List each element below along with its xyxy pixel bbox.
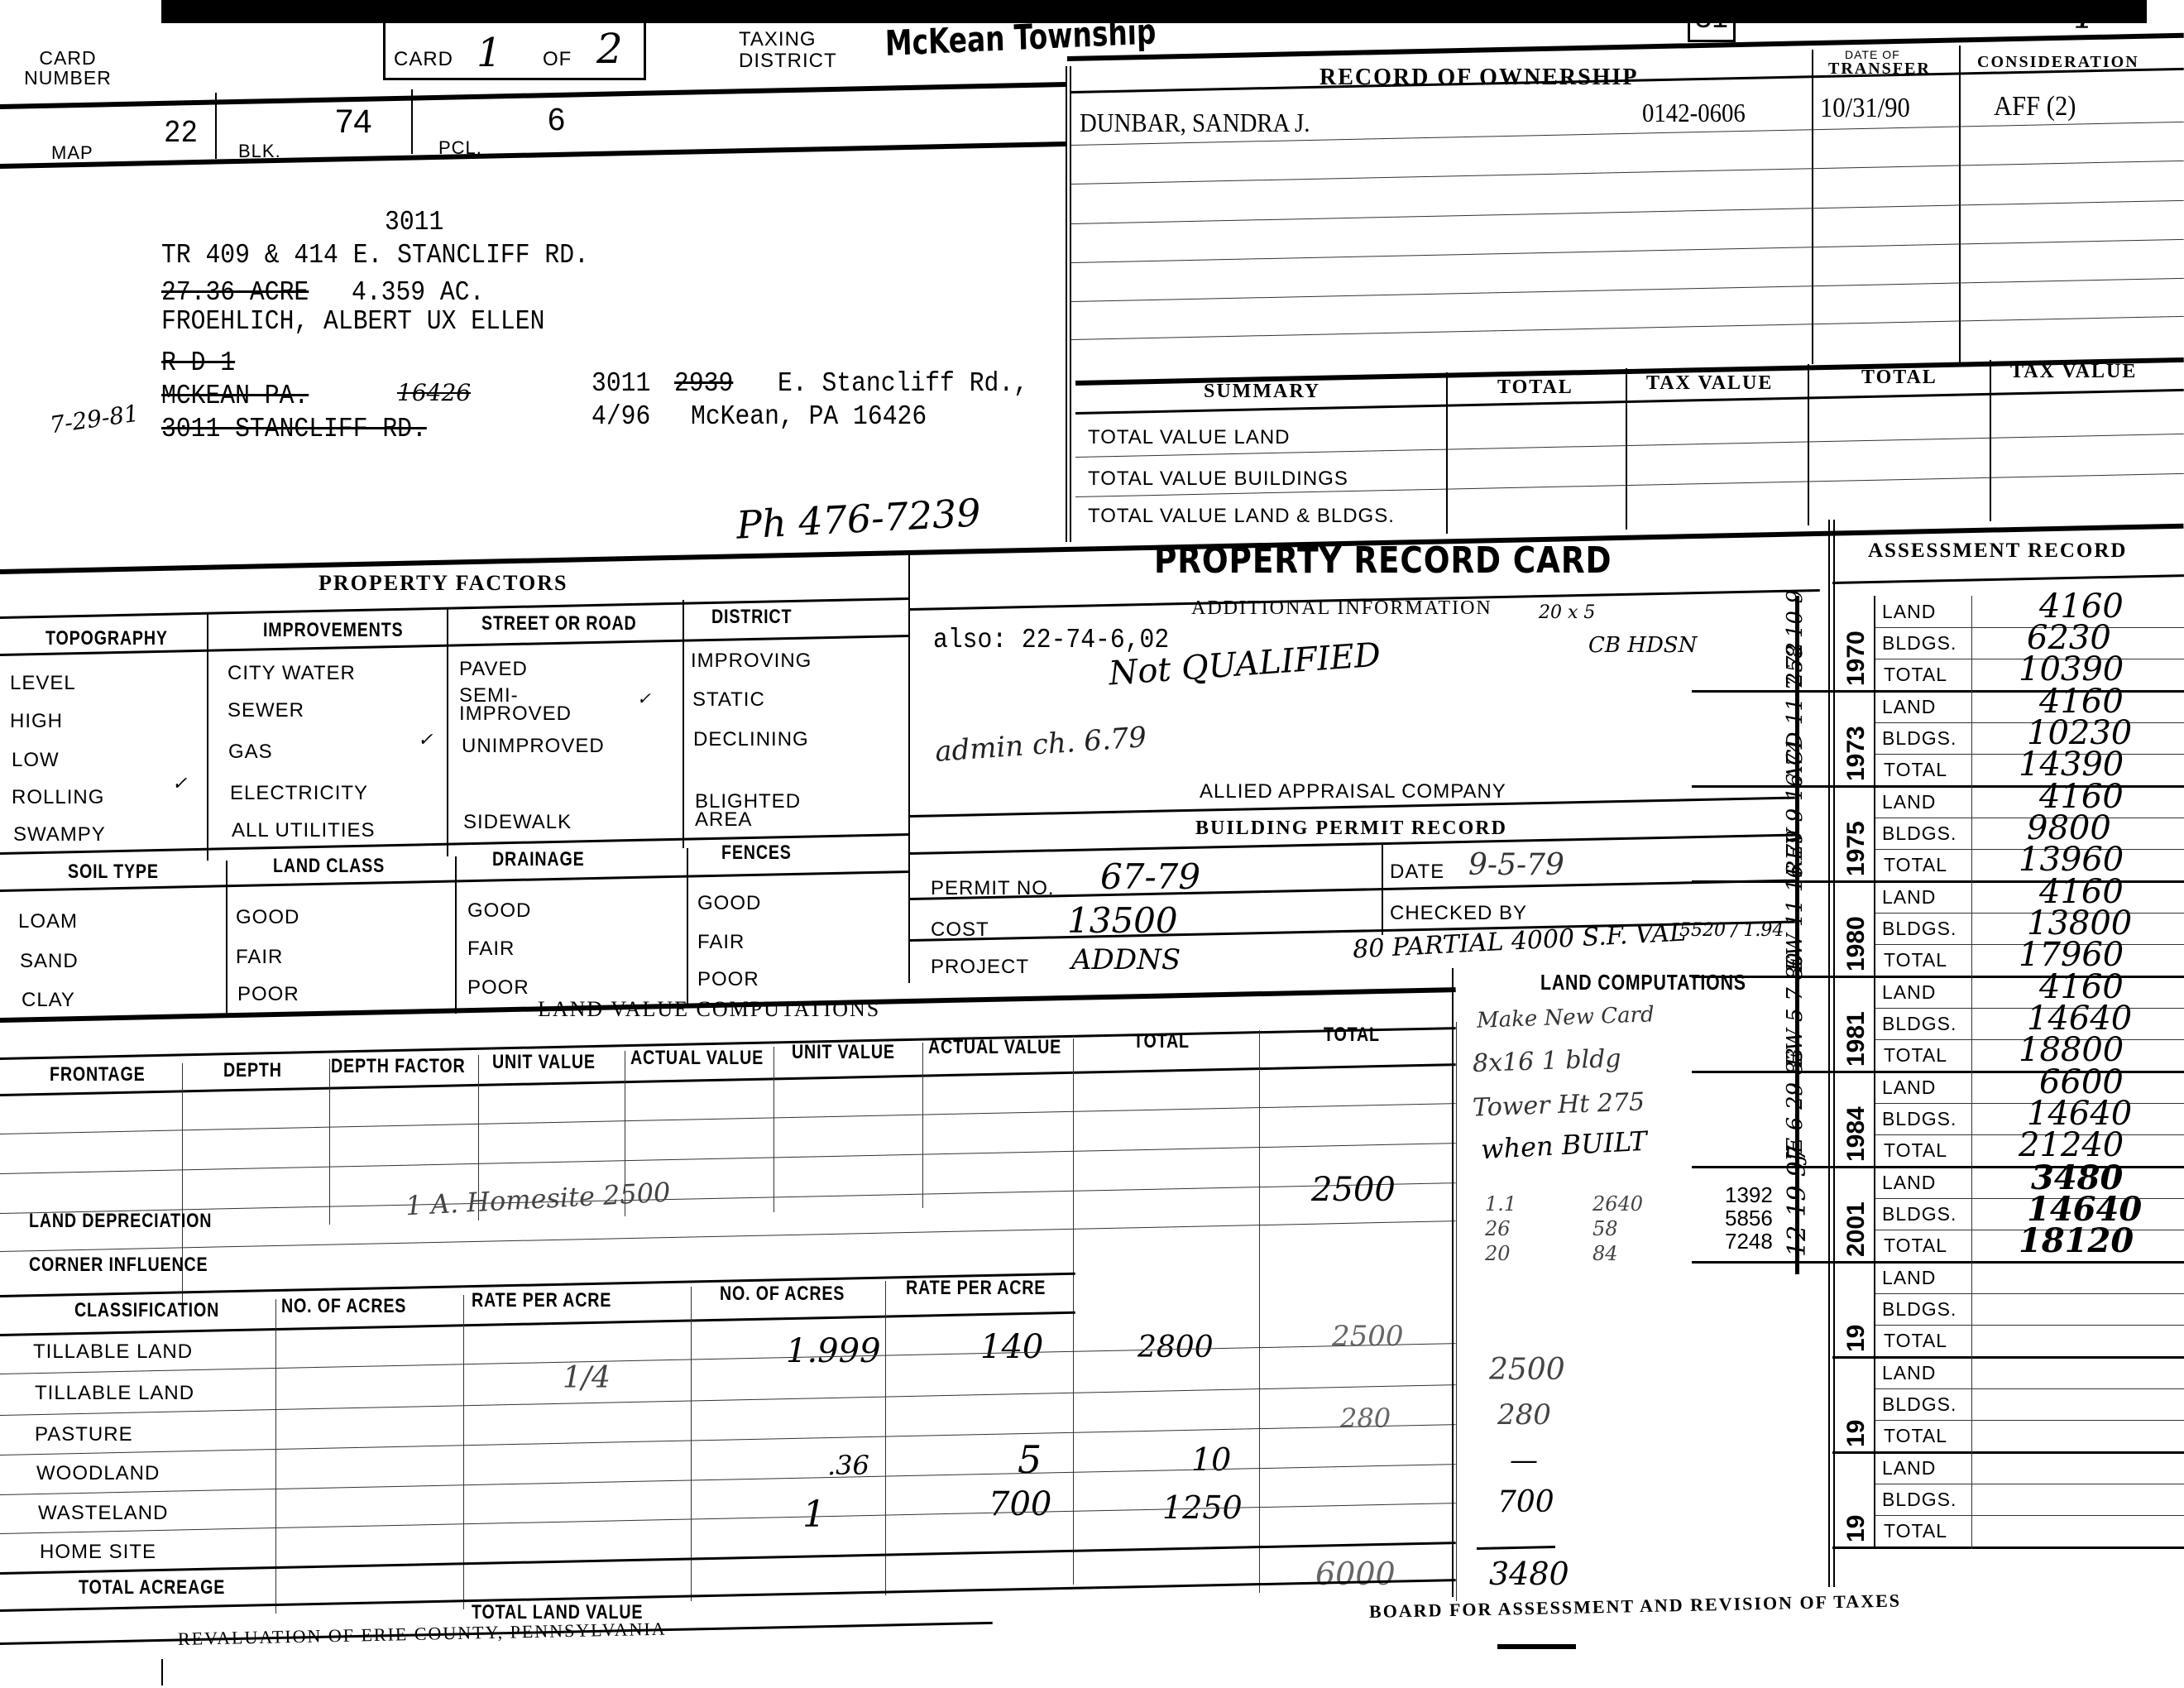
divider — [0, 141, 1067, 169]
lv-header-frontage: FRONTAGE — [50, 1063, 146, 1086]
divider — [215, 93, 217, 159]
checked-by-label: CHECKED BY — [1390, 902, 1527, 925]
land-depreciation-label: LAND DEPRECIATION — [29, 1210, 212, 1233]
of-label: OF — [543, 48, 572, 71]
new-address-street: E. Stancliff Rd., — [778, 368, 1028, 399]
divider — [1971, 1357, 1972, 1454]
topo-rolling: ROLLING — [12, 786, 104, 809]
assessment-year: 1970 — [1842, 631, 1870, 686]
semi-improved-checkmark[interactable]: ✓ — [637, 688, 651, 708]
depreciation-note: 1 A. Homesite 2500 — [405, 1177, 671, 1222]
divider — [1971, 596, 1972, 693]
divider — [1874, 1452, 1875, 1549]
total-acreage-value: 6000 — [1315, 1556, 1396, 1592]
assessment-year: 1980 — [1842, 916, 1870, 971]
land-comp-total: 3480 — [1489, 1556, 1569, 1592]
lv-header-unit-value-2: UNIT VALUE — [792, 1041, 895, 1064]
rate-value: 700 — [989, 1485, 1051, 1523]
total2-value: 2500 — [1332, 1320, 1404, 1353]
soil-sand: SAND — [20, 950, 79, 973]
acre-header-acres-2: NO. OF ACRES — [720, 1283, 845, 1306]
row-line — [1071, 161, 2184, 185]
total-label: TOTAL — [1884, 1520, 1947, 1542]
info-note-1: 20 x 5 — [1539, 602, 1595, 623]
total-label: TOTAL — [1884, 1139, 1947, 1162]
land-label: LAND — [1882, 791, 1936, 813]
assessment-block[interactable]: REV 9-16-74 1975 LAND BLDGS. TOTAL 4160 … — [1692, 786, 2184, 883]
divider — [908, 553, 910, 983]
row-line — [1875, 1484, 2184, 1484]
new-address-struck: 2939 — [674, 368, 733, 399]
total-label: TOTAL — [1884, 664, 1947, 686]
assessment-year: 1984 — [1842, 1106, 1870, 1162]
bldgs-label: BLDGS. — [1882, 1203, 1956, 1225]
also-parcel: also: 22-74-6,02 — [933, 625, 1169, 655]
row-line — [1875, 1515, 2184, 1516]
divider — [1971, 976, 1972, 1073]
improvements-header: IMPROVEMENTS — [263, 619, 403, 642]
soil-loam: LOAM — [18, 910, 78, 933]
land-class-good: GOOD — [236, 906, 299, 929]
acre-header-rate-2: RATE PER ACRE — [906, 1277, 1046, 1300]
land-class-poor: POOR — [237, 983, 299, 1006]
row-line — [1071, 239, 2184, 263]
land-label: LAND — [1882, 1172, 1936, 1194]
pcl-value[interactable]: 6 — [548, 103, 565, 138]
bldgs-label: BLDGS. — [1882, 822, 1956, 845]
row-line — [0, 1103, 1456, 1134]
divider — [1070, 66, 1071, 542]
land-class-fair: FAIR — [236, 946, 283, 969]
street-sidewalk: SIDEWALK — [463, 811, 572, 834]
corner-influence-label: CORNER INFLUENCE — [29, 1254, 208, 1277]
row-label: TILLABLE LAND — [33, 1340, 193, 1364]
divider — [226, 861, 227, 1018]
footer-revaluation: REVALUATION OF ERIE COUNTY, PENNSYLVANIA — [178, 1618, 667, 1650]
bldgs-label: BLDGS. — [1882, 918, 1956, 940]
rolling-checkmark[interactable]: ✓ — [172, 774, 187, 794]
drainage-poor: POOR — [467, 976, 529, 1000]
total-label: TOTAL — [1884, 1425, 1947, 1447]
divider — [1456, 1022, 1457, 1601]
divider — [1874, 1167, 1875, 1264]
assessment-block[interactable]: 12-19-97 2001 LAND BLDGS. TOTAL 3480 146… — [1692, 1167, 2184, 1264]
new-address-city: McKean, PA 16426 — [691, 401, 927, 432]
summary-title: SUMMARY — [1204, 381, 1320, 403]
divider — [1812, 50, 1813, 364]
divider — [1874, 1357, 1875, 1454]
total-label: TOTAL — [1884, 854, 1947, 876]
land-label: LAND — [1882, 1267, 1936, 1289]
consideration-cell: AFF (2) — [1994, 91, 2076, 122]
bldgs-label: BLDGS. — [1882, 727, 1956, 750]
taxing-district-label: TAXING DISTRICT — [739, 29, 846, 72]
acre-row-tillable-2[interactable]: TILLABLE LAND 1/4 — [0, 1382, 1456, 1423]
row-label: WASTELAND — [38, 1502, 168, 1525]
divider — [922, 1043, 923, 1208]
land-comp-line-3: Tower Ht 275 — [1472, 1087, 1645, 1122]
divider — [1452, 968, 1454, 1597]
soil-clay: CLAY — [22, 989, 75, 1012]
land-value-title: LAND VALUE COMPUTATIONS — [538, 997, 880, 1022]
old-zip: 16426 — [397, 379, 471, 406]
row-label: HOME SITE — [40, 1541, 156, 1564]
divider — [1795, 596, 1799, 1274]
divider — [1874, 1072, 1875, 1168]
assessment-block[interactable]: ACD 11-7-72 1973 LAND BLDGS. TOTAL 4160 … — [1692, 691, 2184, 788]
fences-header: FENCES — [721, 842, 792, 865]
divider — [1832, 574, 2184, 584]
divider — [207, 612, 208, 861]
assessment-block[interactable]: 258 10-9 1970 LAND BLDGS. TOTAL 4160 623… — [1692, 596, 2184, 693]
district-blighted: BLIGHTED AREA — [695, 793, 860, 829]
card-number-value[interactable]: 1 — [477, 30, 502, 76]
land-label: LAND — [1882, 696, 1936, 718]
summary-row-buildings: TOTAL VALUE BUILDINGS — [1088, 468, 1348, 491]
assessment-year: 2001 — [1842, 1201, 1870, 1257]
rate-value: 1/4 — [563, 1361, 611, 1395]
divider — [1874, 786, 1875, 883]
divider — [687, 848, 688, 1005]
total2-value: 280 — [1340, 1403, 1391, 1434]
topo-low: LOW — [12, 749, 60, 772]
district-improving: IMPROVING — [691, 650, 812, 673]
land-label: LAND — [1882, 601, 1936, 623]
block-divider — [1832, 1547, 2184, 1549]
total-label: TOTAL — [1884, 759, 1947, 781]
row-label: TILLABLE LAND — [35, 1382, 194, 1405]
total-label: TOTAL — [1884, 1330, 1947, 1352]
row-line — [1875, 1388, 2184, 1389]
assessment-block[interactable]: JE 6-29-83 1984 LAND BLDGS. TOTAL 6600 1… — [1692, 1072, 2184, 1168]
property-factors-title: PROPERTY FACTORS — [318, 571, 568, 596]
new-address-number: 3011 — [591, 368, 650, 399]
assessment-year: 19 — [1842, 1325, 1870, 1352]
sum-line — [1477, 1546, 1555, 1550]
divider — [1971, 1072, 1972, 1168]
lv-header-total-1: TOTAL — [1133, 1030, 1190, 1053]
drainage-good: GOOD — [467, 899, 531, 923]
assessment-year: 1973 — [1842, 726, 1870, 781]
map-value[interactable]: 22 — [164, 116, 198, 151]
land-comp-val-4: 700 — [1497, 1485, 1554, 1519]
property-location: TR 409 & 414 E. STANCLIFF RD. — [161, 240, 589, 271]
summary-tax-2: TAX VALUE — [2010, 361, 2137, 383]
summary-tax-1: TAX VALUE — [1646, 372, 1773, 395]
row-line — [1071, 278, 2184, 302]
divider — [1808, 364, 1809, 525]
divider — [1971, 691, 1972, 788]
corner-mark: 4 — [2070, 0, 2093, 37]
summary-total-1: TOTAL — [1497, 376, 1573, 399]
lv-header-total-2: TOTAL — [1324, 1024, 1380, 1047]
topo-high: HIGH — [10, 710, 63, 733]
land-label: LAND — [1882, 1362, 1936, 1384]
bldgs-label: BLDGS. — [1882, 1298, 1956, 1321]
land-comp-line-2: 8x16 1 bldg — [1472, 1044, 1621, 1078]
drainage-fair: FAIR — [467, 938, 515, 961]
fences-fair: FAIR — [697, 931, 745, 954]
info-note-2: CB HDSN — [1588, 633, 1697, 658]
acre-header-acres-1: NO. OF ACRES — [281, 1295, 406, 1318]
divider — [411, 89, 413, 154]
permit-date-value[interactable]: 9-5-79 — [1468, 848, 1564, 882]
bldgs-label: BLDGS. — [1882, 632, 1956, 655]
land-comp-val-3: — — [1510, 1444, 1538, 1477]
street-semi-improved: SEMI-IMPROVED — [459, 687, 629, 723]
street-paved: PAVED — [459, 658, 528, 681]
divider — [1626, 368, 1627, 530]
project-label: PROJECT — [931, 956, 1029, 979]
row-line — [1071, 316, 2184, 340]
total-acreage-label: TOTAL ACREAGE — [79, 1576, 225, 1599]
summary-row-land-bldgs: TOTAL VALUE LAND & BLDGS. — [1088, 505, 1395, 528]
acre-header-classification: CLASSIFICATION — [74, 1299, 219, 1322]
lv-header-actual-value-1: ACTUAL VALUE — [630, 1047, 764, 1070]
summary-row-land: TOTAL VALUE LAND — [1088, 426, 1291, 449]
total-label: TOTAL — [1884, 949, 1947, 971]
owner-name: FROEHLICH, ALBERT UX ELLEN — [161, 306, 544, 337]
impr-electricity: ELECTRICITY — [230, 782, 368, 805]
divider — [1971, 1167, 1972, 1264]
pcl-label: PCL. — [438, 137, 482, 159]
gas-checkmark[interactable]: ✓ — [418, 730, 433, 750]
land-label: LAND — [1882, 1457, 1936, 1479]
bldgs-label: BLDGS. — [1882, 1393, 1956, 1416]
row-line — [1875, 1325, 2184, 1326]
divider — [1971, 881, 1972, 978]
rate-value: 140 — [980, 1328, 1043, 1366]
card-total-value[interactable]: 2 — [596, 25, 623, 73]
divider — [447, 608, 448, 856]
total-value: 18120 — [2019, 1221, 2134, 1260]
acres-value: 1.999 — [786, 1332, 881, 1370]
assessment-year: 1975 — [1842, 821, 1870, 876]
land-comp-calc-b: 26405884 — [1592, 1192, 1643, 1266]
divider — [161, 1659, 163, 1686]
rate-value: 5 — [1018, 1437, 1042, 1482]
old-address-2: MCKEAN PA. — [161, 381, 309, 411]
district-header: DISTRICT — [711, 606, 792, 629]
land-comp-line-1: Make New Card — [1477, 1002, 1655, 1033]
box-number: 31 — [1688, 0, 1736, 42]
row-line — [1875, 1293, 2184, 1294]
old-address-1: R D 1 — [161, 348, 235, 378]
assessment-year: 1981 — [1842, 1011, 1870, 1067]
bldgs-label: BLDGS. — [1882, 1013, 1956, 1035]
impr-gas: GAS — [228, 741, 273, 764]
assessment-block[interactable]: 19 LAND BLDGS. TOTAL — [1692, 1452, 2184, 1549]
acre-row-tillable-1[interactable]: TILLABLE LAND 1.999 140 2800 2500 — [0, 1340, 1456, 1382]
divider — [682, 600, 684, 848]
lv-header-unit-value-1: UNIT VALUE — [492, 1051, 596, 1074]
assessment-year: 19 — [1842, 1420, 1870, 1447]
old-address-3: 3011 STANCLIFF RD. — [161, 414, 427, 444]
row-label: WOODLAND — [36, 1462, 160, 1485]
blk-value[interactable]: 74 — [335, 103, 372, 141]
owner-name-cell: DUNBAR, SANDRA J. — [1080, 108, 1310, 138]
phone-note: Ph 476-7239 — [735, 490, 982, 547]
footer-board: BOARD FOR ASSESSMENT AND REVISION OF TAX… — [1369, 1590, 1902, 1623]
blk-label: BLK. — [238, 141, 281, 162]
land-comp-val-1: 2500 — [1489, 1353, 1565, 1387]
row-line — [1071, 200, 2184, 224]
card-label: CARD — [394, 48, 453, 71]
land-label: LAND — [1882, 886, 1936, 909]
house-number: 3011 — [385, 207, 443, 237]
bldgs-label: BLDGS. — [1882, 1489, 1956, 1511]
row-line — [1875, 1420, 2184, 1421]
topography-header: TOPOGRAPHY — [45, 627, 168, 650]
row-line — [0, 1143, 1456, 1174]
land-label: LAND — [1882, 981, 1936, 1004]
row-line — [0, 1182, 1456, 1214]
land-comp-line-4: when BUILT — [1480, 1125, 1648, 1165]
divider — [773, 1047, 774, 1212]
land-comp-calc-a: 1.12620 — [1485, 1192, 1516, 1266]
soil-header: SOIL TYPE — [68, 861, 159, 884]
lv-header-depth-factor: DEPTH FACTOR — [331, 1055, 466, 1078]
card-number-label: CARD NUMBER — [18, 48, 117, 88]
assessment-block[interactable]: EW 11-16-79 1980 LAND BLDGS. TOTAL 4160 … — [1692, 881, 2184, 978]
property-record-card-title: PROPERTY RECORD CARD — [1154, 539, 1612, 582]
assessment-year: 19 — [1842, 1515, 1870, 1542]
impr-sewer: SEWER — [227, 699, 304, 722]
map-label: MAP — [51, 142, 93, 164]
land-label: LAND — [1882, 1077, 1936, 1099]
project-value[interactable]: ADDNS — [1071, 943, 1181, 976]
bldgs-label: BLDGS. — [1882, 1108, 1956, 1130]
divider — [1874, 1262, 1875, 1359]
divider — [1971, 1262, 1972, 1359]
divider — [455, 856, 457, 1014]
assessment-block[interactable]: EW 5-7-80 1981 LAND BLDGS. TOTAL 4160 14… — [1692, 976, 2184, 1073]
divider — [329, 1059, 330, 1225]
divider — [1066, 66, 1067, 542]
fences-poor: POOR — [697, 968, 759, 991]
depreciation-total: 2500 — [1311, 1171, 1396, 1209]
divider — [1990, 360, 1991, 521]
total-value: 10 — [1191, 1441, 1231, 1478]
district-static: STATIC — [692, 688, 765, 712]
building-permit-title: BUILDING PERMIT RECORD — [1195, 818, 1507, 840]
divider — [1971, 1452, 1972, 1549]
divider — [0, 524, 2183, 574]
acreage-old: 27.36 ACRE — [161, 277, 309, 308]
footer-bar — [1497, 1644, 1576, 1649]
acres-value: 1 — [802, 1494, 826, 1536]
assessment-title: ASSESSMENT RECORD — [1868, 539, 2127, 563]
total-label: TOTAL — [1884, 1044, 1947, 1067]
summary-total-2: TOTAL — [1861, 367, 1937, 389]
street-unimproved: UNIMPROVED — [462, 735, 605, 758]
permit-no-value[interactable]: 67-79 — [1100, 856, 1200, 897]
acre-header-rate-1: RATE PER ACRE — [472, 1289, 611, 1312]
lv-header-depth: DEPTH — [223, 1059, 282, 1082]
divider — [1874, 596, 1875, 693]
card-of-box: CARD 1 OF 2 — [383, 21, 646, 80]
divider — [1874, 691, 1875, 788]
assessment-block[interactable]: 19 LAND BLDGS. TOTAL — [1692, 1262, 2184, 1359]
street-header: STREET OR ROAD — [481, 612, 637, 635]
divider — [1874, 881, 1875, 978]
land-class-header: LAND CLASS — [273, 855, 385, 878]
divider — [1446, 372, 1448, 534]
impr-all-utilities: ALL UTILITIES — [232, 819, 376, 842]
info-note-3: admin ch. 6.79 — [934, 721, 1147, 769]
new-address-date: 4/96 — [591, 401, 650, 432]
divider — [1971, 786, 1972, 883]
assessment-block[interactable]: 19 LAND BLDGS. TOTAL — [1692, 1357, 2184, 1454]
topo-level: LEVEL — [10, 672, 76, 695]
row-line — [0, 1220, 1456, 1252]
row-label: PASTURE — [35, 1423, 133, 1446]
deed-cell: 0142-0606 — [1642, 98, 1746, 128]
total-label: TOTAL — [1884, 1235, 1947, 1257]
topo-swampy: SWAMPY — [13, 823, 106, 846]
permit-date-label: DATE — [1390, 861, 1444, 884]
margin-date: 7-29-81 — [48, 400, 141, 439]
fences-good: GOOD — [697, 892, 761, 915]
transfer-date-cell: 10/31/90 — [1820, 93, 1910, 124]
lv-header-actual-value-2: ACTUAL VALUE — [928, 1036, 1061, 1059]
impr-city-water: CITY WATER — [227, 662, 356, 685]
drainage-header: DRAINAGE — [492, 848, 585, 871]
divider — [0, 82, 1067, 109]
divider — [1874, 976, 1875, 1073]
district-declining: DECLINING — [693, 728, 809, 751]
appraisal-company: ALLIED APPRAISAL COMPANY — [1200, 780, 1506, 803]
additional-info-label: ADDITIONAL INFORMATION — [1191, 597, 1492, 620]
total-value: 2800 — [1137, 1331, 1214, 1364]
land-comp-val-2: 280 — [1497, 1398, 1551, 1431]
acreage-new: 4.359 AC. — [352, 277, 484, 308]
